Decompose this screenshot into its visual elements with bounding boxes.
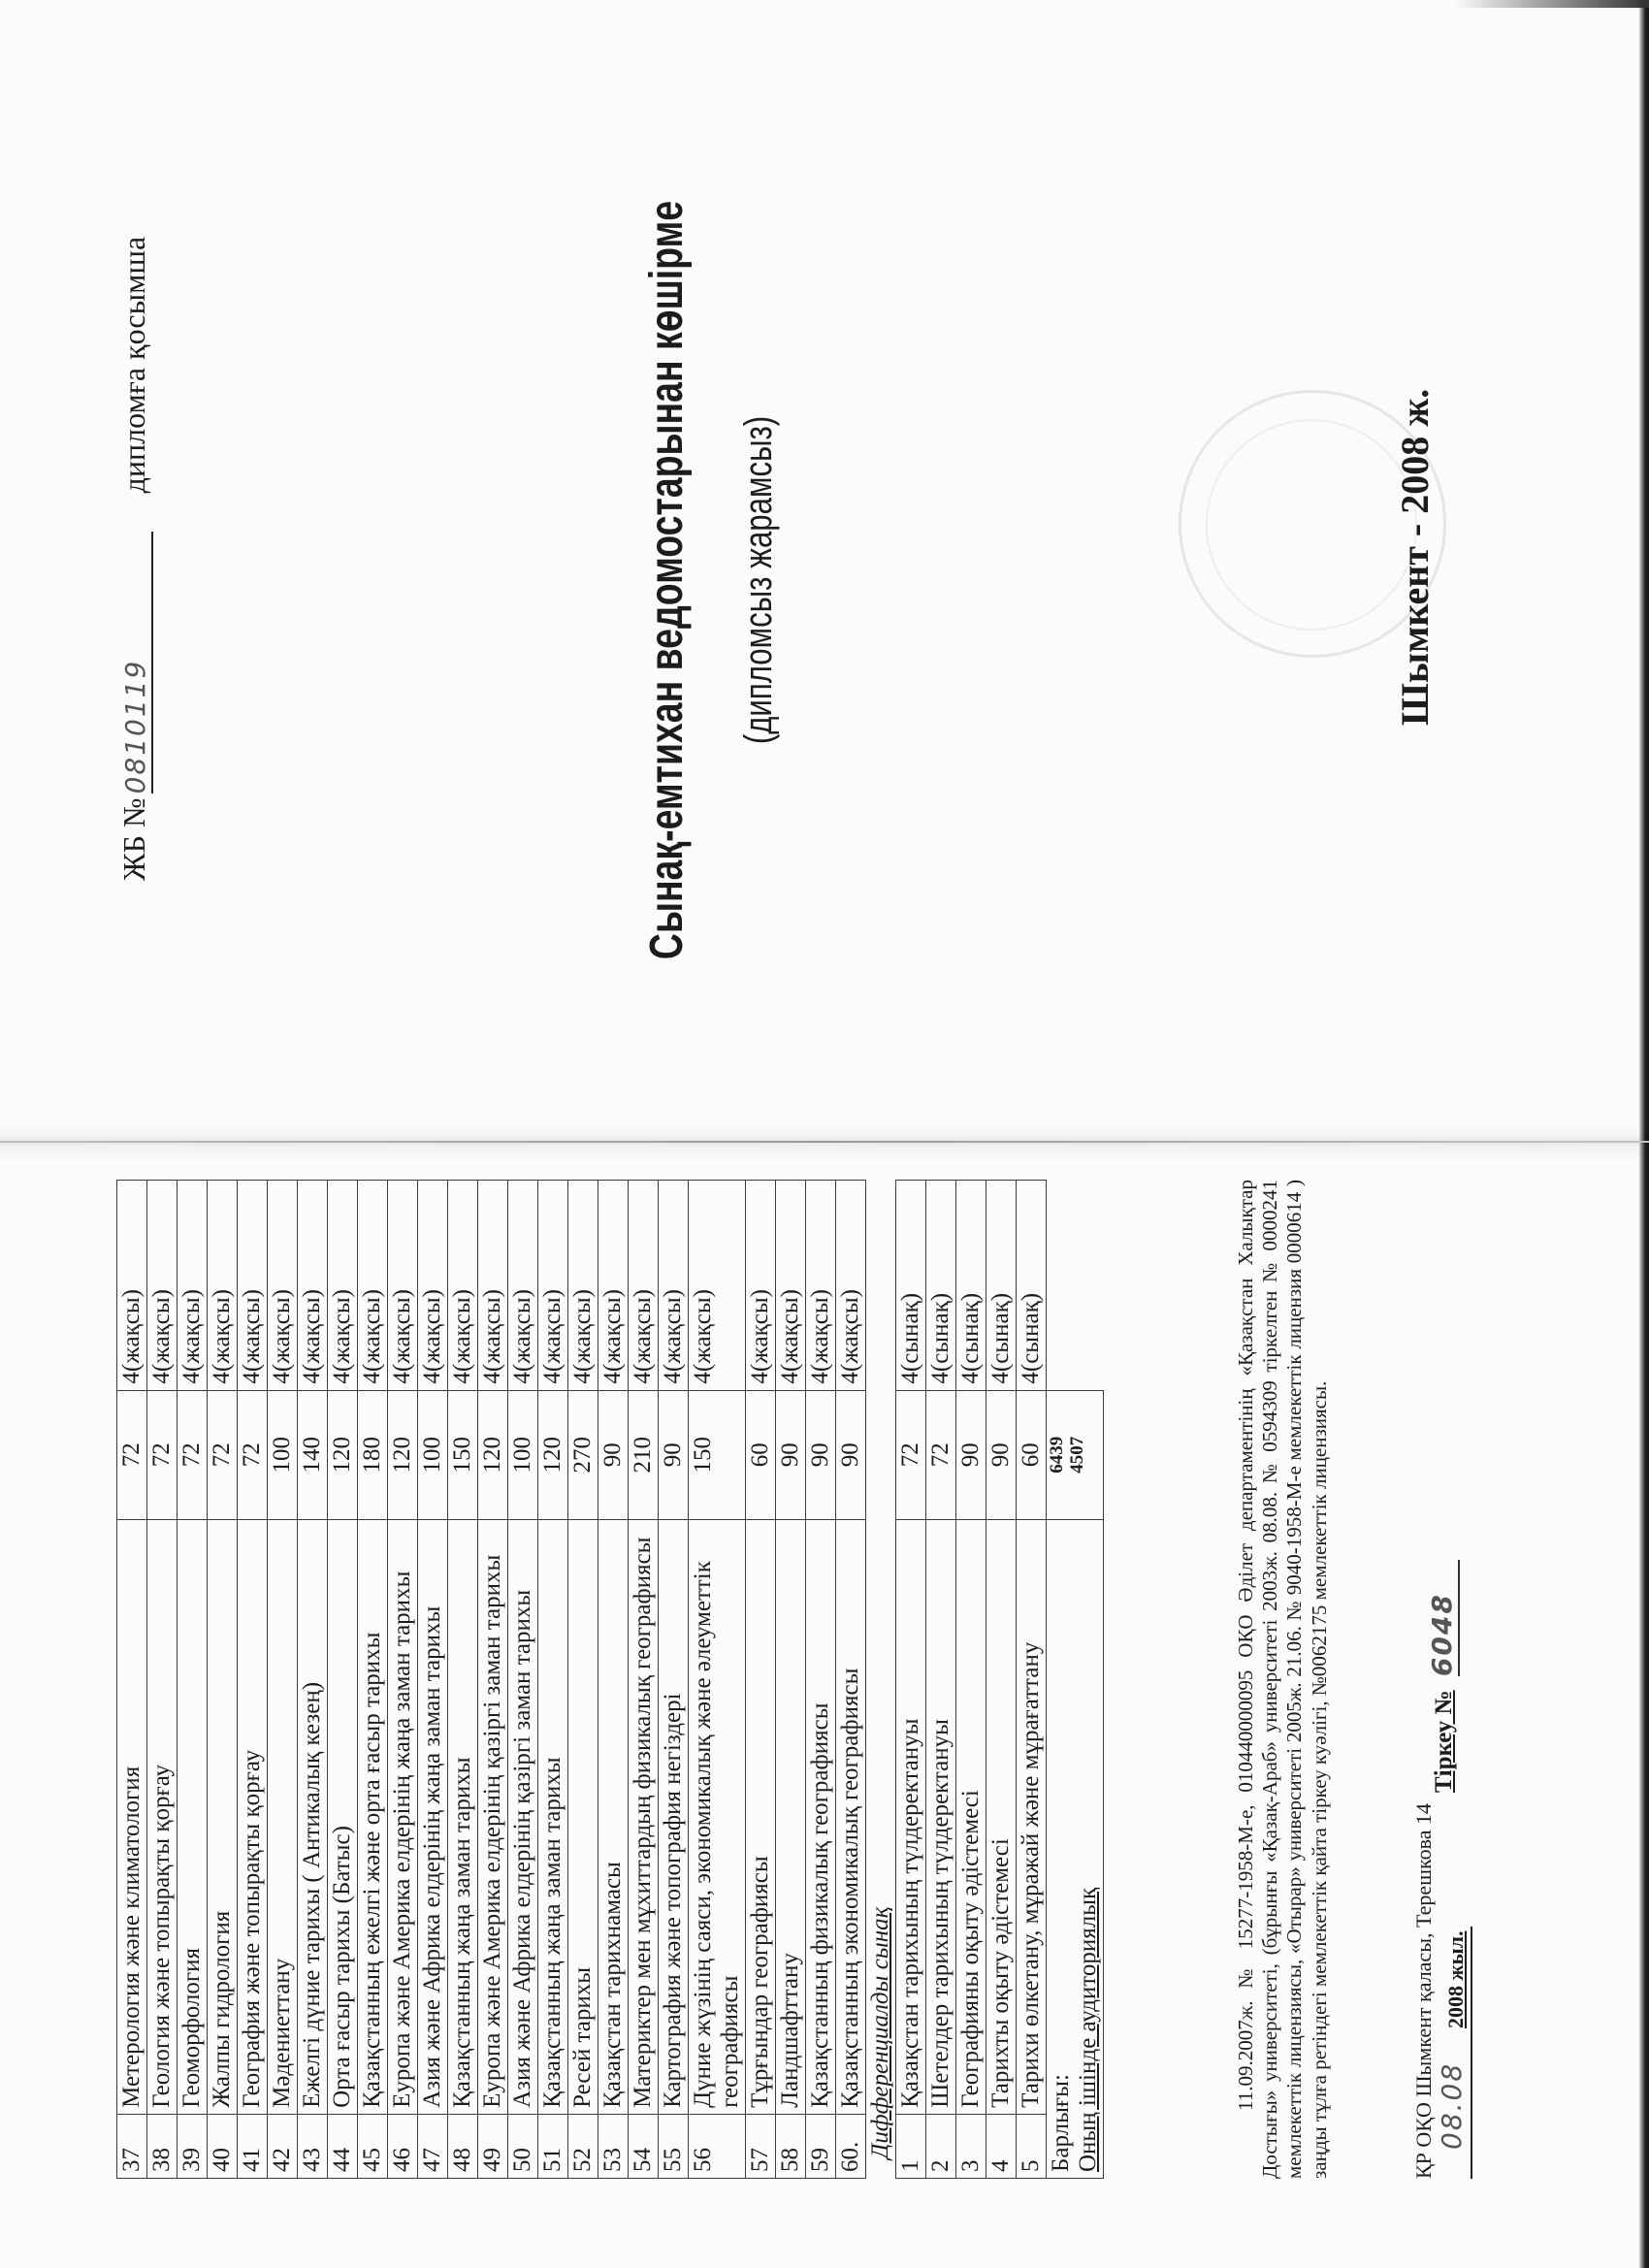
hours-value: 150 bbox=[689, 1390, 746, 1519]
hours-value: 100 bbox=[508, 1390, 538, 1519]
hours-value: 72 bbox=[147, 1390, 178, 1519]
hours-value: 90 bbox=[986, 1390, 1017, 1519]
row-number: 57 bbox=[746, 2114, 776, 2178]
section-label: Дифференциалды сынақ bbox=[866, 1181, 896, 2179]
grade-value: 4(жақсы) bbox=[659, 1181, 689, 1391]
row-number: 38 bbox=[147, 2114, 178, 2178]
hours-value: 120 bbox=[388, 1390, 418, 1519]
subject-name: Қазақстанның физикалық географиясы bbox=[806, 1519, 836, 2114]
hours-value: 90 bbox=[659, 1390, 689, 1519]
table-row: 48Қазақстанның жаңа заман тарихы1504(жақ… bbox=[448, 1181, 478, 2179]
row-number: 3 bbox=[956, 2114, 986, 2178]
license-text: 11.09.2007ж. № 15277-1958-М-е, 010440000… bbox=[1234, 1180, 1332, 2179]
grade-value: 4(жақсы) bbox=[418, 1181, 448, 1391]
row-number: 5 bbox=[1017, 2114, 1047, 2178]
row-number: 1 bbox=[896, 2114, 926, 2178]
document-title: Сынақ-емтихан ведомостарынан көшірме bbox=[640, 164, 694, 996]
hours-value: 100 bbox=[418, 1390, 448, 1519]
table-row: 57Тұрғындар географиясы604(жақсы) bbox=[746, 1181, 776, 2179]
hours-value: 120 bbox=[478, 1390, 508, 1519]
table-row: 51Қазақстанның жаңа заман тарихы1204(жақ… bbox=[538, 1181, 568, 2179]
grade-value: 4(жақсы) bbox=[388, 1181, 418, 1391]
hours-value: 120 bbox=[328, 1390, 358, 1519]
subject-name: Тұрғындар географиясы bbox=[746, 1519, 776, 2114]
table-row: 54Материктер мен мұхиттардың физикалық г… bbox=[629, 1181, 659, 2179]
issue-year: 2008 жыл. bbox=[1443, 1931, 1469, 2028]
registration-value: 6048 bbox=[1426, 1560, 1460, 1676]
grade-value: 4(жақсы) bbox=[328, 1181, 358, 1391]
subject-name: Еуропа және Америка елдерінің қазіргі за… bbox=[478, 1519, 508, 2114]
hours-value: 90 bbox=[598, 1390, 629, 1519]
row-number: 4 bbox=[986, 2114, 1017, 2178]
table-row: 45Қазақстанның ежелгі және орта ғасыр та… bbox=[358, 1181, 388, 2179]
subject-name: Азия және Африка елдерінің қазіргі заман… bbox=[508, 1519, 538, 2114]
grade-value: 4(жақсы) bbox=[629, 1181, 659, 1391]
hours-value: 90 bbox=[836, 1390, 866, 1519]
table-row: 58Ландшафттану904(жақсы) bbox=[776, 1181, 806, 2179]
subject-name: Тарихи өлкетану, мұражай және мұрағаттан… bbox=[1017, 1519, 1047, 2114]
subject-name: Метерология және климатология bbox=[117, 1519, 147, 2114]
grade-value: 4(жақсы) bbox=[448, 1181, 478, 1391]
totals-labels: Барлығы: Оның ішінде аудиториялық bbox=[1047, 1519, 1104, 2178]
fold-shadow bbox=[0, 1123, 1649, 1162]
subject-name: Материктер мен мұхиттардың физикалық гео… bbox=[629, 1519, 659, 2114]
grade-value: 4(жақсы) bbox=[178, 1181, 208, 1391]
auditorial-label: Оның ішінде аудиториялық bbox=[1075, 1526, 1102, 2172]
table-row: 53Қазақстан тарихнамасы904(жақсы) bbox=[598, 1181, 629, 2179]
hours-value: 90 bbox=[956, 1390, 986, 1519]
city-year: Шымкент - 2008 ж. bbox=[1392, 389, 1438, 726]
table-row: 40Жалпы гидрология724(жақсы) bbox=[208, 1181, 238, 2179]
subject-name: Қазақстанның жаңа заман тарихы bbox=[538, 1519, 568, 2114]
subject-name: Орта ғасыр тарихы (Батыс) bbox=[328, 1519, 358, 2114]
total-label: Барлығы: bbox=[1048, 1526, 1075, 2172]
diploma-prefix: ЖБ № bbox=[116, 797, 151, 881]
grades-table: 37Метерология және климатология724(жақсы… bbox=[116, 1180, 1104, 2179]
registration-number: Тіркеу № 6048 bbox=[1426, 1560, 1460, 1793]
hours-value: 150 bbox=[448, 1390, 478, 1519]
subject-name: Тарихты оқыту әдістемесі bbox=[986, 1519, 1017, 2114]
table-row: 39Геоморфология724(жақсы) bbox=[178, 1181, 208, 2179]
hours-value: 72 bbox=[896, 1390, 926, 1519]
row-number: 54 bbox=[629, 2114, 659, 2178]
row-number: 48 bbox=[448, 2114, 478, 2178]
grade-value: 4(жақсы) bbox=[117, 1181, 147, 1391]
subject-name: Ежелгі дүние тарихы ( Антикалық кезең) bbox=[298, 1519, 328, 2114]
section-header-row: Дифференциалды сынақ bbox=[866, 1181, 896, 2179]
subject-name: Қазақстан тарихнамасы bbox=[598, 1519, 629, 2114]
row-number: 47 bbox=[418, 2114, 448, 2178]
hours-value: 72 bbox=[208, 1390, 238, 1519]
subject-name: Дүние жүзінің саяси, экономикалық және ә… bbox=[689, 1519, 746, 2114]
table-row: 42Мәдениеттану1004(жақсы) bbox=[268, 1181, 298, 2179]
hours-value: 72 bbox=[926, 1390, 956, 1519]
row-number: 2 bbox=[926, 2114, 956, 2178]
row-number: 58 bbox=[776, 2114, 806, 2178]
grade-value: 4(жақсы) bbox=[836, 1181, 866, 1391]
grade-value: 4(жақсы) bbox=[538, 1181, 568, 1391]
grade-value: 4(жақсы) bbox=[776, 1181, 806, 1391]
totals-row: Барлығы: Оның ішінде аудиториялық 6439 4… bbox=[1047, 1181, 1104, 2179]
hours-value: 72 bbox=[117, 1390, 147, 1519]
subject-name: Геология және топырақты қорғау bbox=[147, 1519, 178, 2114]
grade-value: 4(сынақ) bbox=[896, 1181, 926, 1391]
subject-name: Қазақстанның экономикалық географиясы bbox=[836, 1519, 866, 2114]
row-number: 40 bbox=[208, 2114, 238, 2178]
grades-table-container: 37Метерология және климатология724(жақсы… bbox=[116, 1180, 1104, 2179]
table-row: 41География және топырақты қорғау724(жақ… bbox=[238, 1181, 268, 2179]
total-hours: 6439 bbox=[1048, 1397, 1068, 1513]
grade-value: 4(жақсы) bbox=[358, 1181, 388, 1391]
page-fold-line bbox=[0, 1141, 1649, 1143]
row-number: 56 bbox=[689, 2114, 746, 2178]
grade-value: 4(сынақ) bbox=[926, 1181, 956, 1391]
grade-value: 4(жақсы) bbox=[568, 1181, 598, 1391]
table-row: 44Орта ғасыр тарихы (Батыс)1204(жақсы) bbox=[328, 1181, 358, 2179]
table-row: 52Ресей тарихы2704(жақсы) bbox=[568, 1181, 598, 2179]
row-number: 60. bbox=[836, 2114, 866, 2178]
row-number: 49 bbox=[478, 2114, 508, 2178]
table-row: 49Еуропа және Америка елдерінің қазіргі … bbox=[478, 1181, 508, 2179]
table-row: 55Картография және топография негіздері9… bbox=[659, 1181, 689, 2179]
table-row: 2Шетелдер тарихының түлдеректануы724(сын… bbox=[926, 1181, 956, 2179]
grade-value: 4(жақсы) bbox=[598, 1181, 629, 1391]
hours-value: 72 bbox=[238, 1390, 268, 1519]
hours-value: 60 bbox=[1017, 1390, 1047, 1519]
totals-values: 6439 4507 bbox=[1047, 1390, 1104, 1519]
subject-name: Қазақстанның ежелгі және орта ғасыр тари… bbox=[358, 1519, 388, 2114]
subject-name: География және топырақты қорғау bbox=[238, 1519, 268, 2114]
hours-value: 90 bbox=[776, 1390, 806, 1519]
grade-value: 4(сынақ) bbox=[986, 1181, 1017, 1391]
license-text-block: 11.09.2007ж. № 15277-1958-М-е, 010440000… bbox=[1234, 1180, 1332, 2179]
diploma-number-line: ЖБ №0810119дипломға қосымша bbox=[116, 237, 153, 881]
row-number: 44 bbox=[328, 2114, 358, 2178]
handwritten-date: 08.08 bbox=[1436, 2062, 1468, 2150]
totals-empty bbox=[1047, 1181, 1104, 1391]
table-row: 43Ежелгі дүние тарихы ( Антикалық кезең)… bbox=[298, 1181, 328, 2179]
scanned-page: 37Метерология және климатология724(жақсы… bbox=[0, 0, 1649, 2268]
table-row: 46Еуропа және Америка елдерінің жаңа зам… bbox=[388, 1181, 418, 2179]
subject-name: Мәдениеттану bbox=[268, 1519, 298, 2114]
row-number: 55 bbox=[659, 2114, 689, 2178]
row-number: 52 bbox=[568, 2114, 598, 2178]
row-number: 46 bbox=[388, 2114, 418, 2178]
table-row: 1Қазақстан тарихының түлдеректануы724(сы… bbox=[896, 1181, 926, 2179]
grade-value: 4(жақсы) bbox=[298, 1181, 328, 1391]
grade-value: 4(сынақ) bbox=[956, 1181, 986, 1391]
table-row: 59Қазақстанның физикалық географиясы904(… bbox=[806, 1181, 836, 2179]
subject-name: Қазақстанның жаңа заман тарихы bbox=[448, 1519, 478, 2114]
hours-value: 140 bbox=[298, 1390, 328, 1519]
row-number: 53 bbox=[598, 2114, 629, 2178]
row-number: 51 bbox=[538, 2114, 568, 2178]
grade-value: 4(жақсы) bbox=[746, 1181, 776, 1391]
auditorial-hours: 4507 bbox=[1068, 1397, 1088, 1513]
row-number: 45 bbox=[358, 2114, 388, 2178]
diploma-suffix: дипломға қосымша bbox=[116, 237, 151, 494]
hours-value: 60 bbox=[746, 1390, 776, 1519]
row-number: 37 bbox=[117, 2114, 147, 2178]
subject-name: Ресей тарихы bbox=[568, 1519, 598, 2114]
issue-date-line: 08.08 2008 жыл. bbox=[1441, 1927, 1472, 2179]
subject-name: Картография және топография негіздері bbox=[659, 1519, 689, 2114]
table-row: 56Дүние жүзінің саяси, экономикалық және… bbox=[689, 1181, 746, 2179]
grade-value: 4(жақсы) bbox=[208, 1181, 238, 1391]
grade-value: 4(жақсы) bbox=[268, 1181, 298, 1391]
document-subtitle: (дипломсыз жарамсыз) bbox=[737, 164, 781, 996]
subject-name: Шетелдер тарихының түлдеректануы bbox=[926, 1519, 956, 2114]
hours-value: 100 bbox=[268, 1390, 298, 1519]
subject-name: Азия және Африка елдерінің жаңа заман та… bbox=[418, 1519, 448, 2114]
grade-value: 4(жақсы) bbox=[508, 1181, 538, 1391]
table-row: 38Геология және топырақты қорғау724(жақс… bbox=[147, 1181, 178, 2179]
grade-value: 4(жақсы) bbox=[147, 1181, 178, 1391]
registration-label: Тіркеу № bbox=[1431, 1690, 1457, 1793]
subject-name: Қазақстан тарихының түлдеректануы bbox=[896, 1519, 926, 2114]
diploma-number: 0810119 bbox=[119, 532, 153, 794]
grade-value: 4(жақсы) bbox=[478, 1181, 508, 1391]
table-row: 5Тарихи өлкетану, мұражай және мұрағатта… bbox=[1017, 1181, 1047, 2179]
table-row: 3Географияны оқыту әдістемесі904(сынақ) bbox=[956, 1181, 986, 2179]
subject-name: Геоморфология bbox=[178, 1519, 208, 2114]
row-number: 41 bbox=[238, 2114, 268, 2178]
grade-value: 4(жақсы) bbox=[238, 1181, 268, 1391]
row-number: 43 bbox=[298, 2114, 328, 2178]
grade-value: 4(жақсы) bbox=[806, 1181, 836, 1391]
table-row: 37Метерология және климатология724(жақсы… bbox=[117, 1181, 147, 2179]
grade-value: 4(сынақ) bbox=[1017, 1181, 1047, 1391]
table-row: 4Тарихты оқыту әдістемесі904(сынақ) bbox=[986, 1181, 1017, 2179]
subject-name: Еуропа және Америка елдерінің жаңа заман… bbox=[388, 1519, 418, 2114]
hours-value: 120 bbox=[538, 1390, 568, 1519]
subject-name: Географияны оқыту әдістемесі bbox=[956, 1519, 986, 2114]
address: ҚР ОҚО Шымкент қаласы, Терешкова 14 bbox=[1411, 1803, 1437, 2179]
subject-name: Жалпы гидрология bbox=[208, 1519, 238, 2114]
table-row: 47Азия және Африка елдерінің жаңа заман … bbox=[418, 1181, 448, 2179]
document-rotated-frame: 37Метерология және климатология724(жақсы… bbox=[0, 0, 1649, 2268]
row-number: 50 bbox=[508, 2114, 538, 2178]
hours-value: 270 bbox=[568, 1390, 598, 1519]
table-row: 50Азия және Африка елдерінің қазіргі зам… bbox=[508, 1181, 538, 2179]
row-number: 59 bbox=[806, 2114, 836, 2178]
hours-value: 180 bbox=[358, 1390, 388, 1519]
row-number: 42 bbox=[268, 2114, 298, 2178]
hours-value: 90 bbox=[806, 1390, 836, 1519]
grade-value: 4(жақсы) bbox=[689, 1181, 746, 1391]
hours-value: 210 bbox=[629, 1390, 659, 1519]
table-row: 60.Қазақстанның экономикалық географиясы… bbox=[836, 1181, 866, 2179]
subject-name: Ландшафттану bbox=[776, 1519, 806, 2114]
row-number: 39 bbox=[178, 2114, 208, 2178]
hours-value: 72 bbox=[178, 1390, 208, 1519]
